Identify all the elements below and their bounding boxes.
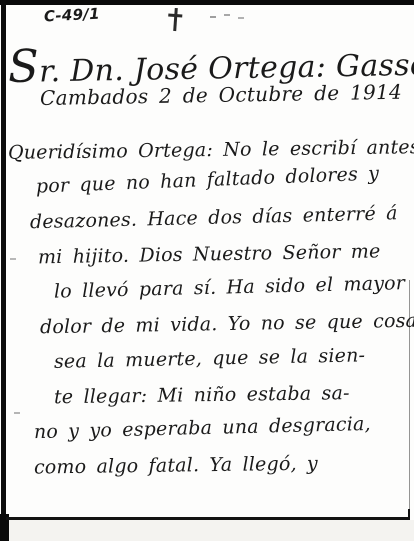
- scan-bottom-edge: [6, 517, 410, 520]
- scanner-background: [9, 520, 414, 541]
- cross-mark-icon: [167, 8, 183, 32]
- scan-top-edge: [0, 0, 414, 5]
- letter-line: como algo fatal. Ya llegó, y: [0, 445, 414, 486]
- archive-code: C-49/1: [44, 5, 101, 26]
- date-line: Cambados 2 de Octubre de 1914: [40, 80, 403, 110]
- letter-scan: C-49/1 Sr. Dn. José Ortega: Gasset Camba…: [0, 0, 414, 541]
- letter-body: Queridísimo Ortega: No le escribí antes,…: [0, 136, 414, 486]
- letter-line: sea la muerte, que se la sien-: [0, 337, 414, 381]
- scan-noise-specks: [0, 0, 6, 2]
